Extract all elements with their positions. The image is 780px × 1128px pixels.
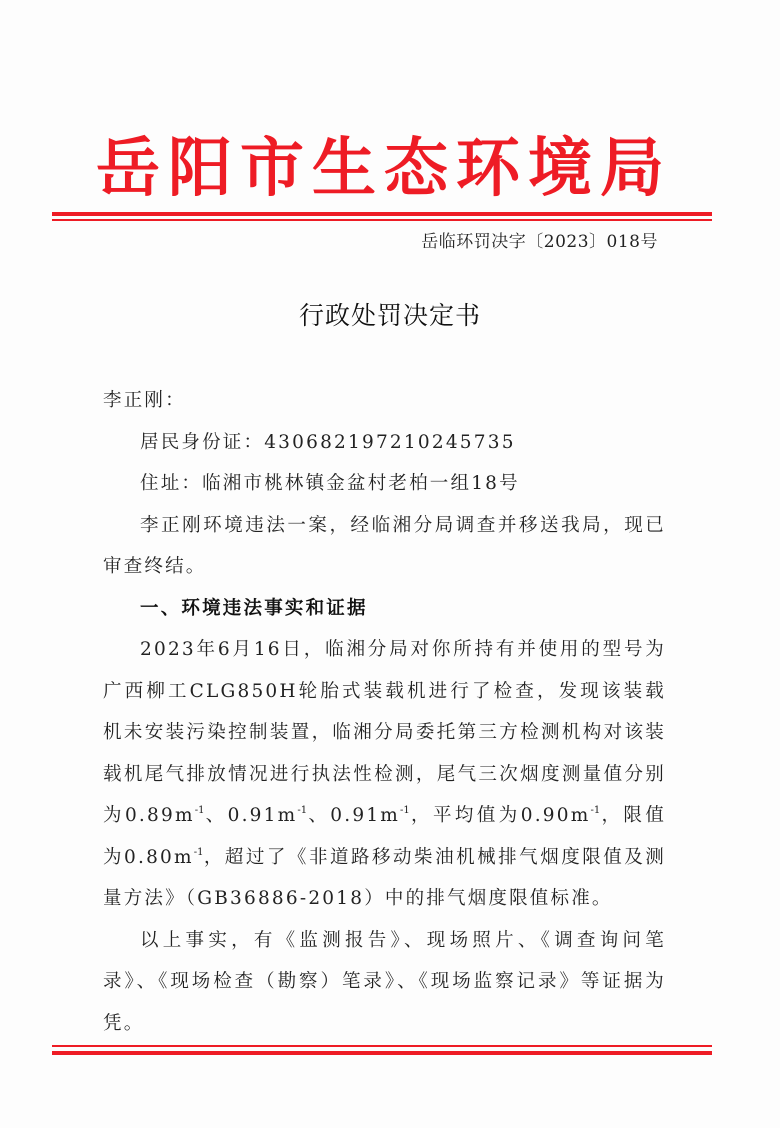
measurement-2: 0.91m [228,805,298,826]
facts-paragraph: 2023年6月16日，临湘分局对你所持有并使用的型号为广西柳工CLG850H轮胎… [103,629,666,920]
measurement-1: 0.89m [125,805,195,826]
id-line: 居民身份证：430682197210245735 [103,422,666,464]
id-value: 430682197210245735 [264,432,515,453]
average-value: 0.90m [521,805,591,826]
facts-text: 2023年6月16日，临湘分局对你所持有并使用的型号为广西柳工CLG850H轮胎… [103,639,666,826]
document-body: 李正刚： 居民身份证：430682197210245735 住址：临湘市桃林镇金… [103,380,666,1044]
unit-exponent: -1 [590,805,600,816]
unit-exponent: -1 [297,805,307,816]
header-rule-thin [52,219,712,221]
evidence-paragraph: 以上事实，有《监测报告》、现场照片、《调查询问笔录》、《现场检查（勘察）笔录》、… [103,920,666,1045]
document-number: 岳临环罚决字〔2023〕018号 [421,228,658,256]
addressee: 李正刚： [103,380,666,422]
unit-exponent: -1 [194,847,204,858]
agency-masthead: 岳阳市生态环境局 [96,124,676,214]
separator: 、 [307,805,330,826]
header-rule-thick [52,212,712,216]
id-label: 居民身份证： [140,432,264,453]
average-label: ，平均值为 [410,805,521,826]
unit-exponent: -1 [400,805,410,816]
measurement-3: 0.91m [330,805,400,826]
address-label: 住址： [140,473,202,494]
intro-paragraph: 李正刚环境违法一案，经临湘分局调查并移送我局，现已审查终结。 [103,505,666,588]
separator: 、 [204,805,227,826]
address-line: 住址：临湘市桃林镇金盆村老柏一组18号 [103,463,666,505]
document-title: 行政处罚决定书 [0,298,780,334]
document-page: 岳阳市生态环境局 岳临环罚决字〔2023〕018号 行政处罚决定书 李正刚： 居… [0,0,780,1128]
limit-value: 0.80m [124,847,194,868]
section-heading-facts: 一、环境违法事实和证据 [103,588,666,630]
unit-exponent: -1 [195,805,205,816]
address-value: 临湘市桃林镇金盆村老柏一组18号 [202,473,520,494]
footer-rule-thin [52,1045,712,1047]
footer-rule-thick [52,1051,712,1055]
